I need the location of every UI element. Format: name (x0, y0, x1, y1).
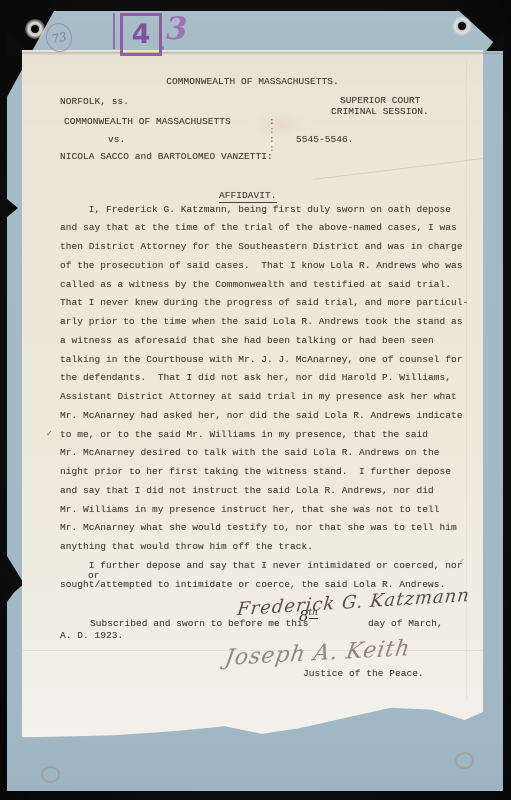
body-line: to me, or to the said Mr. Williams in my… (60, 429, 428, 440)
circled-number-text: 73 (50, 29, 68, 46)
caption-versus: vs. (108, 134, 125, 145)
jurat-sworn-line: Subscribed and sworn to before me this (90, 618, 309, 629)
body-line: of the prosecution of said cases. That I… (60, 260, 463, 271)
caption-plaintiff: COMMONWEALTH OF MASSACHUSETTS (64, 116, 231, 127)
punch-hole-left-icon (25, 19, 45, 39)
body-line: and say that I did not instruct the said… (60, 485, 434, 496)
body-line: Mr. McAnarney what she would testify to,… (60, 522, 457, 533)
body-line: a witness as aforesaid that she had been… (60, 335, 434, 346)
body-line: then District Attorney for the Southeast… (60, 241, 463, 252)
body-line: and say that at the time of the trial of… (60, 222, 457, 233)
paper-crease-diagonal (313, 157, 492, 180)
jurat-month-line: day of March, (368, 618, 443, 629)
body-line: talking in the Courthouse with Mr. J. J.… (60, 354, 463, 365)
end-check-mark: ✓ (459, 557, 465, 565)
stamp-vertical-bar (113, 13, 115, 49)
commonwealth-heading: COMMONWEALTH OF MASSACHUSETTS. (22, 76, 483, 87)
body-line: Mr. McAnarney desired to talk with the s… (60, 447, 440, 458)
body-line: I further depose and say that I never in… (60, 560, 463, 571)
body-line: Mr. McAnarney had asked her, nor did the… (60, 410, 463, 421)
county-line: NORFOLK, ss. (60, 96, 129, 107)
punch-pit (31, 25, 39, 33)
archival-photograph: 4 3 73 COMMONWEALTH OF MASSACHUSETTS. NO… (0, 0, 511, 800)
court-name: SUPERIOR COURT (340, 95, 421, 106)
stamp-boxed-number: 4 (132, 19, 151, 50)
caption-defendants: NICOLA SACCO and BARTOLOMEO VANZETTI: (60, 151, 273, 162)
day-suffix: th (309, 608, 318, 619)
jurat-year-line: A. D. 1923. (60, 630, 123, 641)
body-line: I, Frederick G. Katzmann, being first du… (60, 204, 451, 215)
interlineation-or: or (88, 570, 100, 581)
punch-hole-right-icon (452, 16, 472, 36)
document-title-text: AFFIDAVIT. (219, 190, 277, 203)
rust-ring-left (41, 766, 60, 783)
docket-number: 5545-5546. (296, 134, 354, 145)
body-line: called as a witness by the Commonwealth … (60, 279, 451, 290)
body-line: Mr. Williams in my presence instruct her… (60, 504, 440, 515)
margin-check-mark: ✓ (46, 429, 53, 438)
notary-title: Justice of the Peace. (303, 668, 424, 679)
backing-band-shadow (22, 52, 483, 55)
body-line: Assistant District Attorney at said tria… (60, 391, 457, 402)
body-line: the defendants. That I did not ask her, … (60, 372, 451, 383)
stamp-dot (160, 46, 164, 50)
court-session: CRIMINAL SESSION. (331, 106, 429, 117)
body-line: night prior to her first taking the witn… (60, 466, 451, 477)
body-line: arly prior to the time when the said Lol… (60, 316, 463, 327)
stamp-loose-number: 3 (166, 11, 188, 47)
body-line: sought/attempted to intimidate or coerce… (60, 579, 445, 590)
body-line: anything that would throw him off the tr… (60, 541, 313, 552)
handwritten-day: 8th (299, 607, 318, 625)
punch-pit (458, 22, 466, 30)
day-number: 8 (299, 607, 309, 625)
body-line: That I never knew during the progress of… (60, 297, 468, 308)
page-number-stamp-box: 4 (120, 13, 162, 56)
rust-ring-right (455, 752, 474, 769)
